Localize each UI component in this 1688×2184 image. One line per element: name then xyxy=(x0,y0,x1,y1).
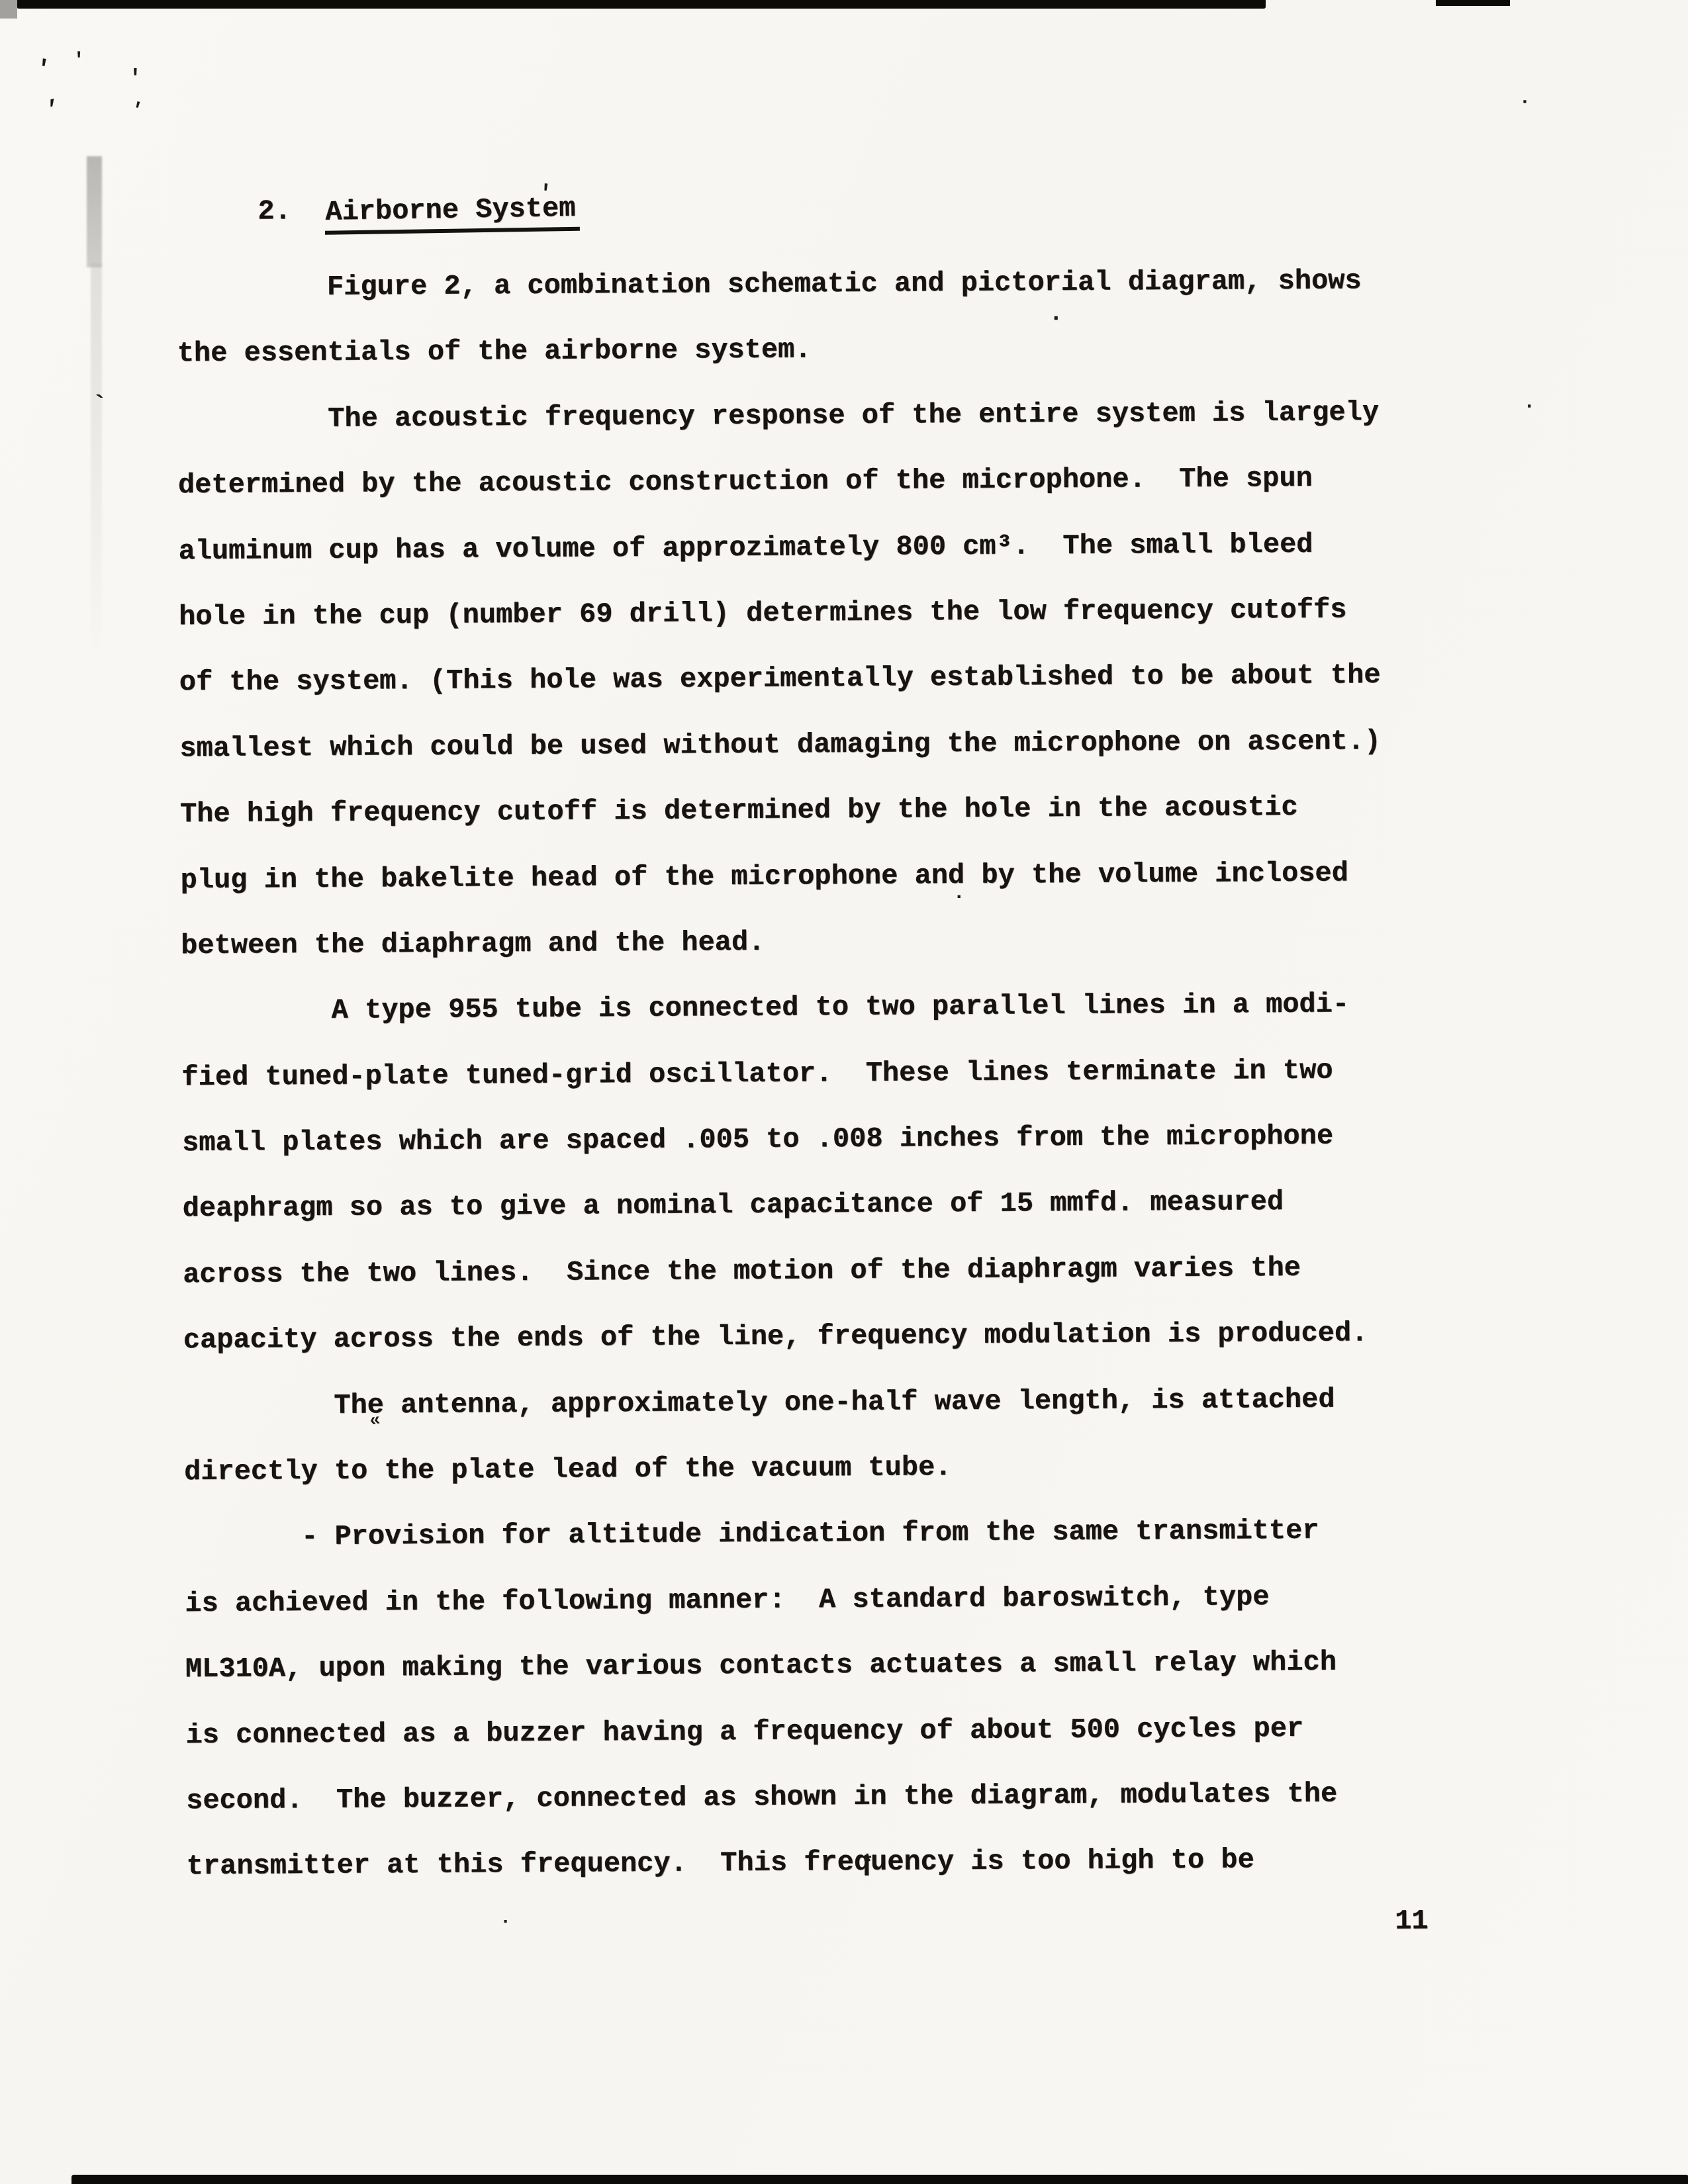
text-line: across the two lines. Since the motion o… xyxy=(183,1235,1384,1308)
text-line: is connected as a buzzer having a freque… xyxy=(185,1696,1387,1768)
text-line: the essentials of the airborne system. xyxy=(177,314,1379,387)
text-line: small plates which are spaced .005 to .0… xyxy=(182,1103,1383,1176)
page-number: 11 xyxy=(1395,1905,1429,1937)
text-line: - Provision for altitude indication from… xyxy=(184,1498,1385,1571)
text-line: capacity across the ends of the line, fr… xyxy=(183,1300,1385,1373)
text-line: ML310A, upon making the various contacts… xyxy=(185,1629,1387,1702)
ink-speck: . xyxy=(1523,393,1535,413)
text-line: second. The buzzer, connected as shown i… xyxy=(186,1761,1387,1834)
text-line: aluminum cup has a volume of approzimate… xyxy=(178,512,1380,584)
text-line: of the system. (This hole was experiment… xyxy=(179,643,1381,715)
page-content: 2. Airborne System Figure 2, a combinati… xyxy=(0,0,1688,2184)
text-line: hole in the cup (number 69 drill) determ… xyxy=(179,577,1380,650)
ink-speck: . xyxy=(1519,89,1530,109)
text-line: transmitter at this frequency. This freq… xyxy=(186,1827,1387,1899)
text-line: fied tuned-plate tuned-grid oscillator. … xyxy=(181,1038,1383,1111)
heading-spacer xyxy=(291,195,325,227)
text-line: The antenna, approximately one-half wave… xyxy=(183,1367,1385,1439)
section-number: 2. xyxy=(258,195,291,227)
ink-speck: * xyxy=(861,1853,874,1874)
text-line: deaphragm so as to give a nominal capaci… xyxy=(182,1169,1383,1242)
section-heading: 2. Airborne System xyxy=(258,193,579,234)
ink-speck: ` xyxy=(92,394,107,419)
text-line: between the diaphragm and the head. xyxy=(181,906,1382,979)
ink-speck: ' xyxy=(34,57,52,83)
text-line: directly to the plate lead of the vacuum… xyxy=(184,1432,1385,1505)
scanned-document-page: 2. Airborne System Figure 2, a combinati… xyxy=(0,0,1688,2184)
ink-speck: . xyxy=(500,1909,511,1928)
text-line: smallest which could be used without dam… xyxy=(179,709,1381,782)
ink-speck: ' xyxy=(538,183,553,206)
ink-speck: ' xyxy=(128,100,144,122)
document-body: Figure 2, a combination schematic and pi… xyxy=(177,248,1388,1900)
text-line: The acoustic frequency response of the e… xyxy=(177,380,1379,453)
ink-speck: ' xyxy=(128,68,142,91)
text-line: is achieved in the following manner: A s… xyxy=(185,1564,1386,1637)
text-line: The high frequency cutoff is determined … xyxy=(180,774,1382,847)
ink-speck: , xyxy=(43,84,62,109)
ink-speck: ' xyxy=(73,51,85,71)
text-line: A type 955 tube is connected to two para… xyxy=(181,972,1383,1044)
text-line: plug in the bakelite head of the microph… xyxy=(180,841,1382,913)
ink-speck: . xyxy=(953,884,965,903)
text-line: determined by the acoustic construction … xyxy=(178,445,1380,518)
ink-speck: . xyxy=(1049,302,1063,326)
text-line: Figure 2, a combination schematic and pi… xyxy=(177,248,1378,321)
